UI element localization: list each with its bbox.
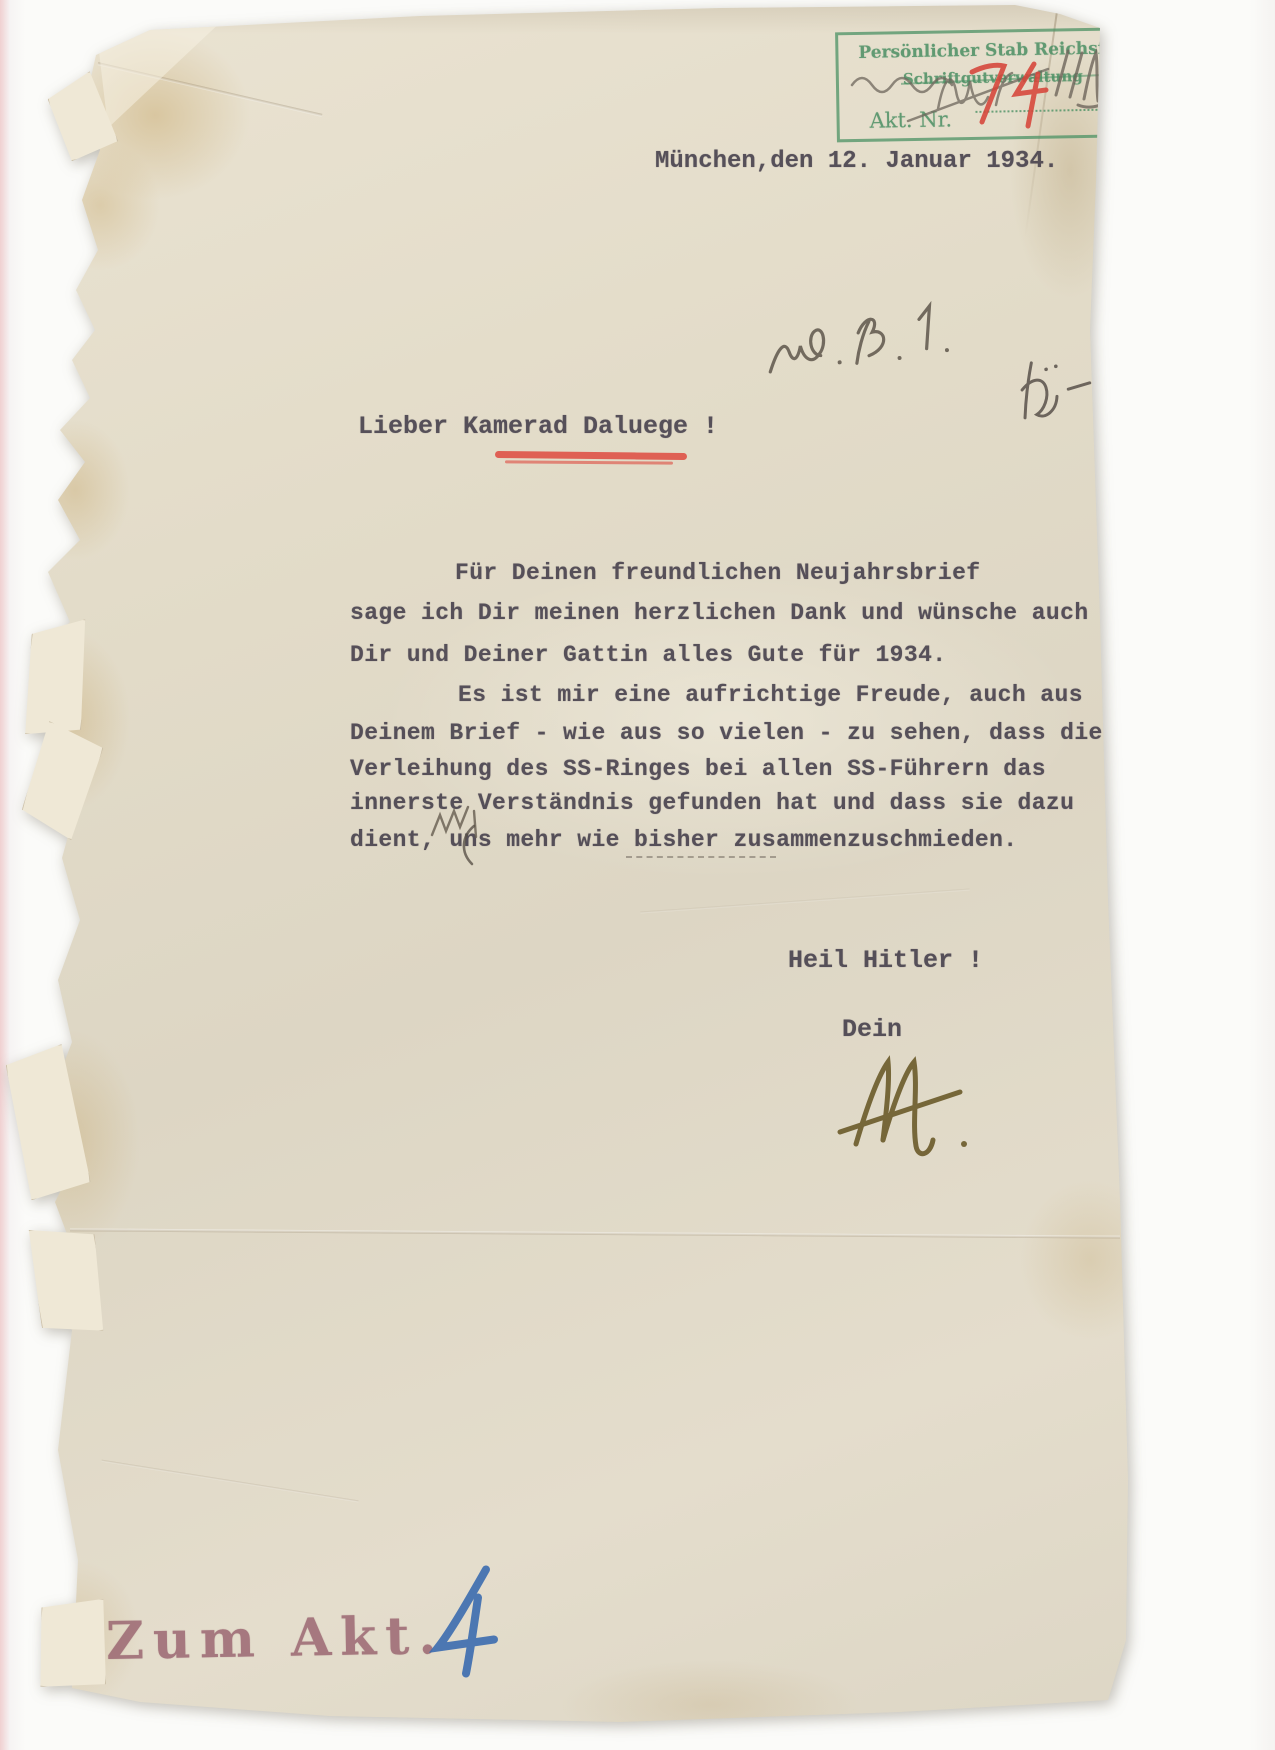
signature-monogram: [838, 1048, 968, 1163]
pencil-paren-mark: [458, 824, 478, 868]
closing-pronoun: Dein: [842, 1015, 902, 1044]
closing-salute: Heil Hitler !: [788, 946, 983, 975]
letter-page: Persönlicher Stab Reichsführer Schriftgu…: [0, 0, 1275, 1750]
crease-horizontal-fold: [70, 1228, 1120, 1238]
body-line: Verleihung des SS-Ringes bei allen SS-Fü…: [350, 756, 1046, 782]
pencil-initials: [1017, 348, 1104, 426]
stain-top-left-2: [40, 140, 160, 270]
stain-left-1: [20, 420, 130, 560]
stain-right: [1020, 1180, 1160, 1340]
salutation: Lieber Kamerad Daluege !: [358, 412, 718, 441]
stain-bottom: [560, 1660, 860, 1750]
torn-flap: [33, 1592, 114, 1693]
crease-mid: [640, 888, 969, 913]
body-line: Dir und Deiner Gattin alles Gute für 193…: [350, 642, 947, 668]
dog-ear-top-left: [95, 18, 225, 128]
file-stamp-label: Zum Akt.: [105, 1605, 445, 1672]
crease-bottom-left: [101, 1460, 358, 1503]
top-edge-shade: [90, 0, 1100, 34]
pencil-file-suffix: [1048, 42, 1108, 114]
blue-file-number: [428, 1562, 508, 1680]
red-underline-echo: [505, 460, 673, 464]
paper-sheet: Persönlicher Stab Reichsführer Schriftgu…: [0, 0, 1275, 1750]
body-line: Für Deinen freundlichen Neujahrsbrief: [455, 560, 980, 586]
body-line: sage ich Dir meinen herzlichen Dank und …: [350, 600, 1089, 626]
body-line: Es ist mir eine aufrichtige Freude, auch…: [458, 682, 1083, 708]
red-file-number: [968, 58, 1058, 130]
pencil-dash-underline: [626, 856, 776, 858]
pencil-note: [751, 279, 1029, 396]
dateline: München,den 12. Januar 1934.: [655, 148, 1058, 175]
body-line: Deinem Brief - wie aus so vielen - zu se…: [350, 720, 1103, 746]
red-underline: [495, 451, 687, 460]
